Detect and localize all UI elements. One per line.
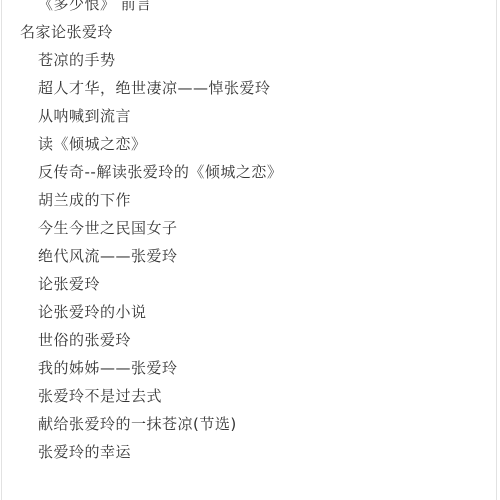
toc-item[interactable]: 从呐喊到流言 [2,102,282,130]
table-of-contents: 《多少恨》 前言 名家论张爱玲 苍凉的手势 超人才华，绝世凄凉——悼张爱玲 从呐… [2,0,282,466]
toc-item[interactable]: 绝代风流——张爱玲 [2,242,282,270]
toc-item[interactable]: 论张爱玲的小说 [2,298,282,326]
toc-item[interactable]: 论张爱玲 [2,270,282,298]
toc-item[interactable]: 世俗的张爱玲 [2,326,282,354]
toc-item[interactable]: 反传奇--解读张爱玲的《倾城之恋》 [2,158,282,186]
toc-section-heading[interactable]: 名家论张爱玲 [2,18,282,46]
toc-item[interactable]: 献给张爱玲的一抹苍凉(节选) [2,410,282,438]
toc-item[interactable]: 我的姊姊——张爱玲 [2,354,282,382]
document-frame: 《多少恨》 前言 名家论张爱玲 苍凉的手势 超人才华，绝世凄凉——悼张爱玲 从呐… [1,0,497,500]
toc-item[interactable]: 超人才华，绝世凄凉——悼张爱玲 [2,74,282,102]
toc-item-previous[interactable]: 《多少恨》 前言 [2,0,282,18]
toc-item[interactable]: 张爱玲不是过去式 [2,382,282,410]
toc-item[interactable]: 苍凉的手势 [2,46,282,74]
toc-item[interactable]: 胡兰成的下作 [2,186,282,214]
toc-item[interactable]: 读《倾城之恋》 [2,130,282,158]
toc-item[interactable]: 今生今世之民国女子 [2,214,282,242]
toc-item[interactable]: 张爱玲的幸运 [2,438,282,466]
